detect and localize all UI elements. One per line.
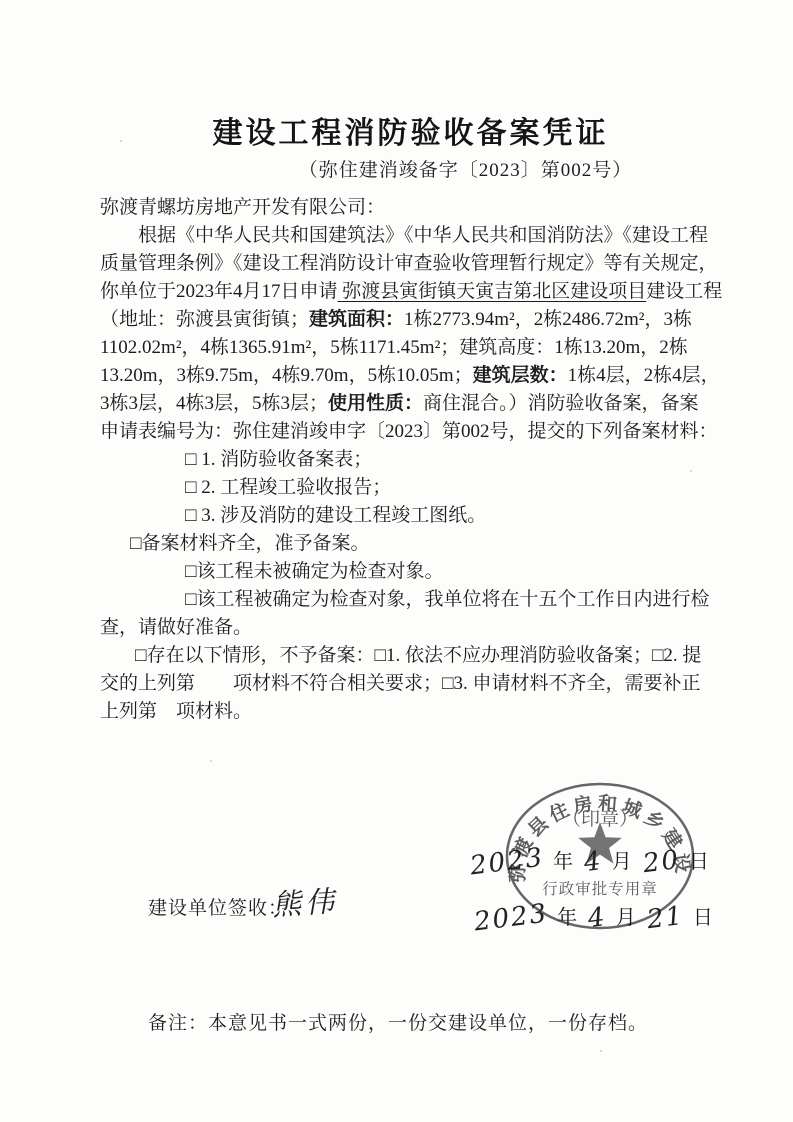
body-line: 上列第 项材料。: [100, 698, 712, 726]
scanned-document-page: 建设工程消防验收备案凭证 （弥住建消竣备字〔2023〕第002号） 弥渡青螺坊房…: [0, 0, 793, 1122]
text-run: □ 3. 涉及消防的建设工程竣工图纸。: [185, 505, 486, 526]
text-run: 弥渡青螺坊房地产开发有限公司：: [100, 197, 385, 218]
body-line: 根据《中华人民共和国建筑法》《中华人民共和国消防法》《建设工程: [100, 222, 712, 250]
body-line: □ 2. 工程竣工验收报告；: [100, 474, 712, 502]
text-run: 查，请做好准备。: [100, 617, 252, 638]
text-run: □备案材料齐全，准予备案。: [130, 533, 369, 554]
year-label: 年: [557, 907, 579, 929]
text-run: □该工程被确定为检查对象，我单位将在十五个工作日内进行检: [185, 589, 709, 610]
text-run: 建设工程: [646, 281, 722, 302]
text-run: 1栋4层，2栋4层，: [568, 365, 720, 386]
text-run: 1102.02m²，4栋1365.91m²，5栋1171.45m²；建筑高度：1…: [100, 337, 688, 358]
approval-day-handwritten: 20: [642, 850, 681, 874]
body-line: 你单位于2023年4月17日申请 弥渡县寅街镇天寅吉第北区建设项目建设工程: [100, 278, 712, 306]
body-line: 申请表编号为：弥住建消竣申字〔2023〕第002号，提交的下列备案材料：: [100, 418, 712, 446]
body-line: □备案材料齐全，准予备案。: [100, 530, 712, 558]
document-number: （弥住建消竣备字〔2023〕第002号）: [69, 155, 793, 182]
body-line: （地址：弥渡县寅街镇；建筑面积：1栋2773.94m²，2栋2486.72m²，…: [100, 306, 712, 334]
receipt-month-handwritten: 4: [587, 907, 608, 929]
text-run: 建筑面积：: [309, 309, 404, 330]
document-title: 建设工程消防验收备案凭证: [14, 108, 793, 152]
receipt-date: 2023 年 4 月 21 日: [472, 901, 715, 930]
text-run: 3栋3层，4栋3层，5栋3层；: [100, 393, 328, 414]
body-line: □ 1. 消防验收备案表；: [100, 446, 712, 474]
text-run: 上列第 项材料。: [100, 701, 252, 722]
text-run: 1栋2773.94m²，2栋2486.72m²，3栋: [404, 309, 692, 330]
month-label: 月: [616, 907, 638, 929]
approval-year-handwritten: 2023: [469, 848, 545, 877]
text-run: 根据《中华人民共和国建筑法》《中华人民共和国消防法》《建设工程: [138, 225, 708, 246]
approval-month-handwritten: 4: [583, 851, 604, 873]
day-label: 日: [693, 907, 715, 929]
year-label: 年: [553, 851, 575, 873]
text-run: 商住混合。）消防验收备案，备案: [423, 393, 699, 414]
signature-label: 建设单位签收：: [148, 898, 288, 919]
body-line: 弥渡青螺坊房地产开发有限公司：: [100, 194, 712, 222]
receipt-year-handwritten: 2023: [473, 904, 549, 933]
day-label: 日: [689, 851, 711, 873]
scan-speck: [210, 760, 212, 762]
text-run: 申请表编号为：弥住建消竣申字〔2023〕第002号，提交的下列备案材料：: [100, 421, 718, 442]
remark-note: 备注：本意见书一式两份，一份交建设单位，一份存档。: [148, 1008, 648, 1035]
text-run: □该工程未被确定为检查对象。: [185, 561, 443, 582]
text-run: □ 1. 消防验收备案表；: [185, 449, 372, 470]
text-run: 交的上列第 项材料不符合相关要求；□3. 申请材料不齐全，需要补正: [100, 673, 700, 694]
body-line: 交的上列第 项材料不符合相关要求；□3. 申请材料不齐全，需要补正: [100, 670, 712, 698]
scan-speck: [120, 140, 122, 142]
text-run: 弥渡县寅街镇天寅吉第北区建设项目: [338, 281, 647, 302]
scan-speck: [600, 1050, 602, 1052]
text-run: 13.20m，3栋9.75m，4栋9.70m，5栋10.05m；: [100, 365, 473, 386]
body-line: □ 3. 涉及消防的建设工程竣工图纸。: [100, 502, 712, 530]
text-run: （地址：弥渡县寅街镇；: [100, 309, 309, 330]
signature-name-handwritten: 熊伟: [271, 879, 340, 925]
text-run: □存在以下情形，不予备案：□1. 依法不应办理消防验收备案；□2. 提: [135, 645, 701, 666]
text-run: 你单位于2023年4月17日申请: [100, 281, 338, 302]
text-run: 使用性质：: [328, 393, 423, 414]
body-line: 1102.02m²，4栋1365.91m²，5栋1171.45m²；建筑高度：1…: [100, 334, 712, 362]
text-run: 质量管理条例》《建设工程消防设计审查验收管理暂行规定》等有关规定，: [100, 253, 718, 274]
body-line: □该工程被确定为检查对象，我单位将在十五个工作日内进行检: [100, 586, 712, 614]
receipt-day-handwritten: 21: [646, 906, 685, 930]
body-line: □存在以下情形，不予备案：□1. 依法不应办理消防验收备案；□2. 提: [100, 642, 712, 670]
text-run: □ 2. 工程竣工验收报告；: [185, 477, 391, 498]
text-run: 建筑层数：: [473, 365, 568, 386]
body-line: 查，请做好准备。: [100, 614, 712, 642]
document-body: 弥渡青螺坊房地产开发有限公司：根据《中华人民共和国建筑法》《中华人民共和国消防法…: [100, 194, 712, 726]
body-line: □该工程未被确定为检查对象。: [100, 558, 712, 586]
body-line: 质量管理条例》《建设工程消防设计审查验收管理暂行规定》等有关规定，: [100, 250, 712, 278]
approval-date: 2023 年 4 月 20 日: [468, 845, 711, 874]
signature-row: 建设单位签收： 熊伟: [148, 893, 288, 920]
body-line: 3栋3层，4栋3层，5栋3层；使用性质：商住混合。）消防验收备案，备案: [100, 390, 712, 418]
seal-bottom-text: 行政审批专用章: [542, 879, 658, 898]
body-line: 13.20m，3栋9.75m，4栋9.70m，5栋10.05m；建筑层数：1栋4…: [100, 362, 712, 390]
month-label: 月: [612, 851, 634, 873]
